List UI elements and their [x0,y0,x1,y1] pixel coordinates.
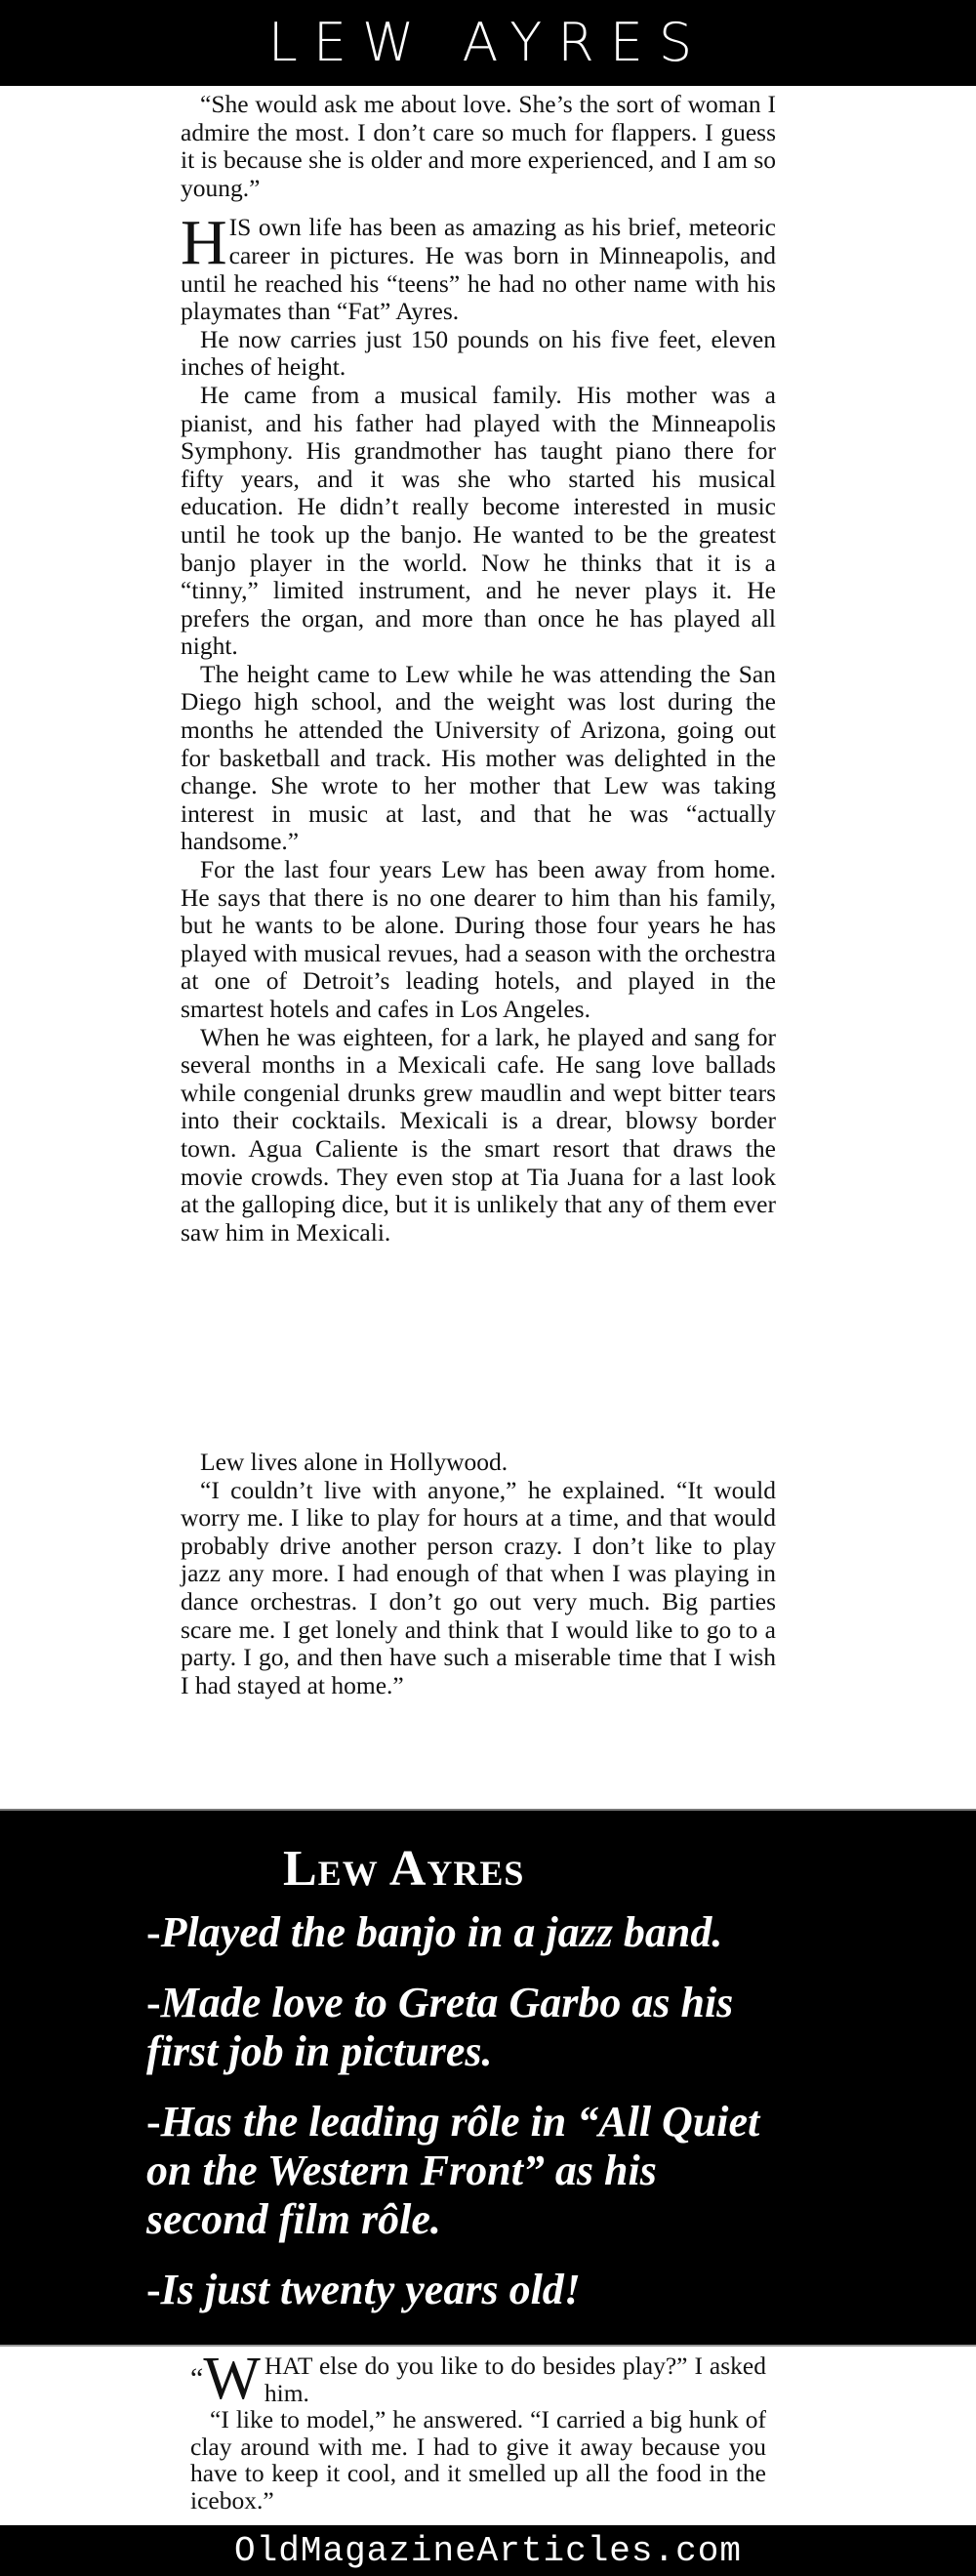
article-section-2: Lew lives alone in Hollywood. “I couldn’… [181,1449,776,1699]
paragraph: “I couldn’t live with anyone,” he explai… [181,1477,776,1700]
paragraph: When he was eighteen, for a lark, he pla… [181,1024,776,1247]
highlight-box: Lew Ayres -Played the banjo in a jazz ba… [0,1809,976,2347]
paragraph-with-dropcap: HIS own life has been as amazing as his … [181,214,776,325]
article-section-3: “WHAT else do you like to do besides pla… [190,2352,766,2514]
paragraph-text: HAT else do you like to do besides play?… [264,2351,766,2407]
drop-cap: H [181,218,227,268]
bullet-dash: - [146,1908,161,1956]
header-bar: LEW AYRES [0,0,976,86]
highlight-item: -Played the banjo in a jazz band. [146,1908,771,1957]
paragraph: Lew lives alone in Hollywood. [181,1449,776,1477]
site-watermark: OldMagazineArticles.com [0,2531,976,2571]
highlight-box-title: Lew Ayres [283,1840,524,1898]
bullet-dash: - [146,2266,161,2313]
paragraph-with-dropcap: “WHAT else do you like to do besides pla… [190,2352,766,2406]
page-title: LEW AYRES [0,14,976,72]
drop-cap: “W [190,2354,261,2403]
highlight-item: -Is just twenty years old! [146,2266,771,2314]
paragraph: He now carries just 150 pounds on his fi… [181,326,776,382]
paragraph: For the last four years Lew has been awa… [181,856,776,1024]
paragraph: “She would ask me about love. She’s the … [181,91,776,202]
paragraph: The height came to Lew while he was atte… [181,661,776,856]
paragraph: “I like to model,” he answered. “I carri… [190,2406,766,2514]
highlight-item: -Made love to Greta Garbo as his first j… [146,1979,771,2076]
highlight-item: -Has the leading rôle in “All Quiet on t… [146,2098,771,2244]
paragraph-text: IS own life has been as amazing as his b… [181,213,776,325]
bullet-dash: - [146,2098,161,2146]
footer-bar: OldMagazineArticles.com [0,2525,976,2576]
article-section-1: “She would ask me about love. She’s the … [181,91,776,1247]
highlight-list: -Played the banjo in a jazz band. -Made … [146,1908,771,2336]
bullet-dash: - [146,1979,161,2026]
paragraph: He came from a musical family. His mothe… [181,382,776,661]
